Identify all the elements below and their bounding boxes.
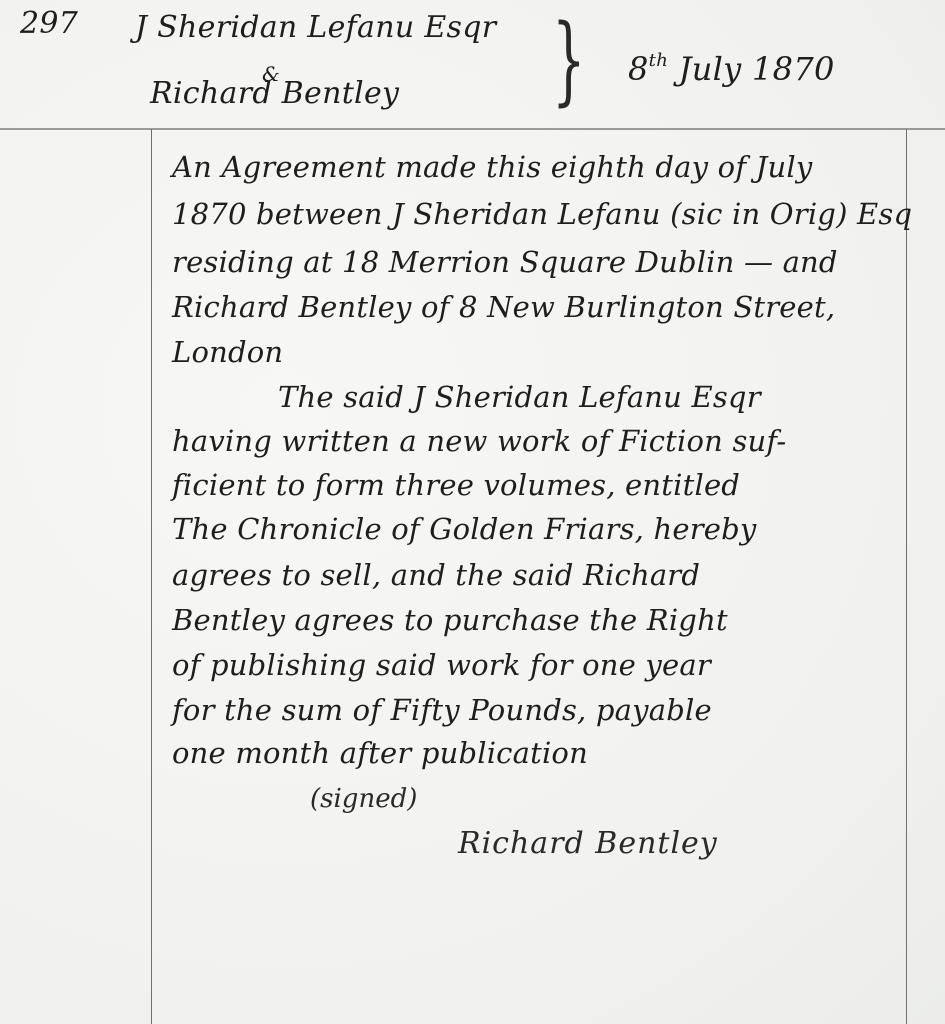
entry-date: 8th July 1870 — [628, 50, 835, 88]
signed-label: (signed) — [310, 784, 417, 814]
agreement-line: Richard Bentley of 8 New Burlington Stre… — [172, 290, 835, 324]
margin-rule-right — [906, 129, 907, 1024]
signature: Richard Bentley — [458, 826, 718, 861]
agreement-line: residing at 18 Merrion Square Dublin — a… — [172, 245, 838, 279]
agreement-line: one month after publication — [172, 736, 588, 770]
header-rule — [0, 128, 945, 130]
agreement-line: 1870 between J Sheridan Lefanu (sic in O… — [172, 197, 912, 231]
agreement-line: The Chronicle of Golden Friars, hereby — [172, 512, 757, 546]
brace-glyph: } — [552, 12, 586, 108]
agreement-line: agrees to sell, and the said Richard — [172, 558, 700, 592]
agreement-line: The said J Sheridan Lefanu Esqr — [278, 380, 761, 414]
party-two: Richard Bentley — [150, 76, 399, 111]
ledger-page: 297 J Sheridan Lefanu Esqr & Richard Ben… — [0, 0, 945, 1024]
date-suffix: th — [649, 50, 668, 71]
agreement-line: ficient to form three volumes, entitled — [172, 468, 740, 502]
party-one: J Sheridan Lefanu Esqr — [135, 10, 496, 45]
agreement-line: for the sum of Fifty Pounds, payable — [172, 693, 712, 727]
date-month-year: July 1870 — [679, 50, 835, 88]
entry-number: 297 — [20, 6, 78, 41]
agreement-line: having written a new work of Fiction suf… — [172, 424, 786, 458]
date-day: 8 — [628, 50, 649, 88]
agreement-line: London — [172, 335, 283, 369]
agreement-line: An Agreement made this eighth day of Jul… — [172, 150, 812, 184]
agreement-line: of publishing said work for one year — [172, 648, 711, 682]
margin-rule-left — [151, 129, 152, 1024]
agreement-line: Bentley agrees to purchase the Right — [172, 603, 728, 637]
